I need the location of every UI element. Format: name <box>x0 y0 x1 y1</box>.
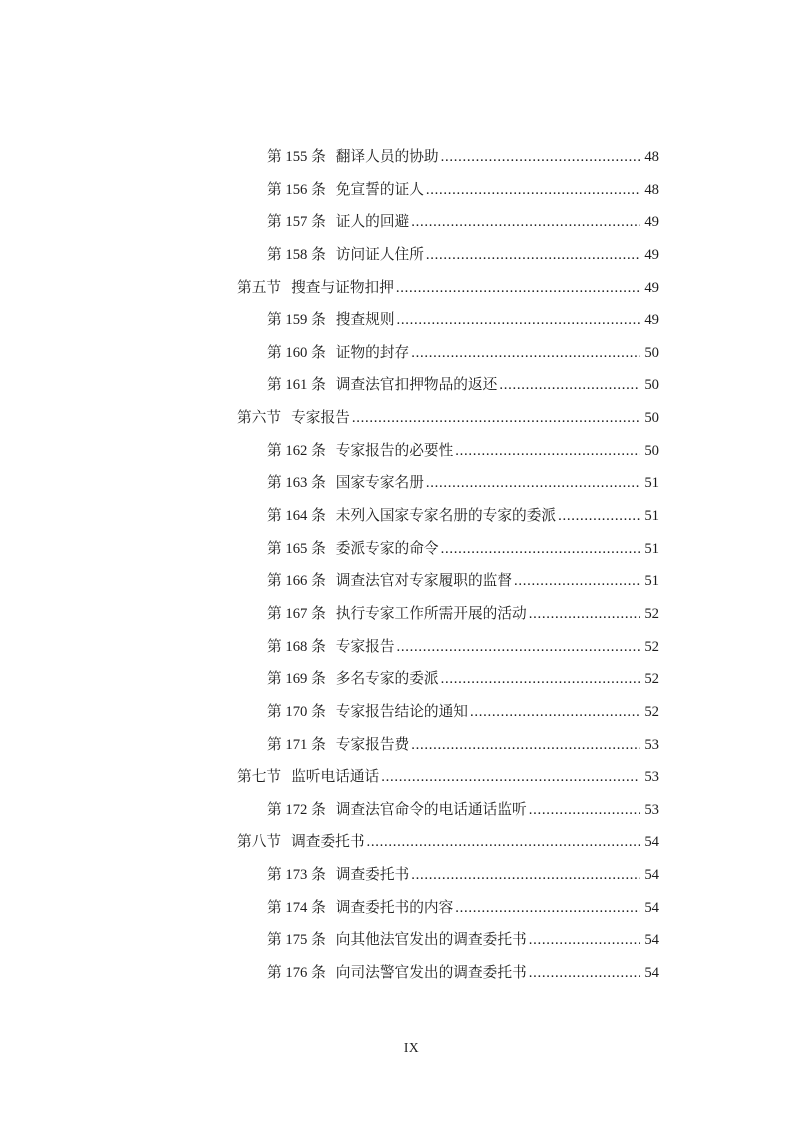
toc-entry: 第 158 条 访问证人住所 .........................… <box>237 245 659 278</box>
toc-entry-number: 第 157 条 <box>267 212 326 232</box>
toc-entry-title: 调查委托书 <box>336 865 409 885</box>
toc-entry-number: 第 169 条 <box>267 669 326 689</box>
toc-entry-page: 53 <box>643 800 659 820</box>
toc-entry-page: 54 <box>643 832 659 852</box>
toc-entry-page: 54 <box>643 963 659 983</box>
toc-entry-page: 53 <box>643 767 659 787</box>
dot-leader: ........................................… <box>411 735 640 755</box>
toc-entry: 第 160 条 证物的封存 ..........................… <box>237 343 659 376</box>
toc-entry: 第 172 条 调查法官命令的电话通话监听 ..................… <box>237 800 659 833</box>
dot-leader: ........................................… <box>411 212 640 232</box>
toc-entry-title: 调查委托书 <box>291 832 364 852</box>
toc-entry: 第 176 条 向司法警官发出的调查委托书 ..................… <box>237 963 659 996</box>
toc-entry-page: 53 <box>643 735 659 755</box>
toc-entry-number: 第 163 条 <box>267 473 326 493</box>
dot-leader: ........................................… <box>397 637 640 657</box>
dot-leader: ........................................… <box>411 343 640 363</box>
toc-entry: 第 175 条 向其他法官发出的调查委托书 ..................… <box>237 930 659 963</box>
toc-entry-title: 调查委托书的内容 <box>336 898 454 918</box>
toc-entry-page: 51 <box>643 506 659 526</box>
toc-entry-number: 第 156 条 <box>267 180 326 200</box>
toc-entry-title: 专家报告 <box>336 637 395 657</box>
toc-entry-page: 50 <box>643 343 659 363</box>
toc-entry-number: 第 170 条 <box>267 702 326 722</box>
toc-entry-page: 54 <box>643 930 659 950</box>
toc-entry-title: 专家报告 <box>291 408 350 428</box>
toc-entry-page: 50 <box>643 408 659 428</box>
toc-entry-title: 未列入国家专家名册的专家的委派 <box>336 506 556 526</box>
toc-entry-page: 54 <box>643 898 659 918</box>
toc-entry: 第 163 条 国家专家名册 .........................… <box>237 473 659 506</box>
dot-leader: ........................................… <box>426 180 640 200</box>
toc-entry-page: 50 <box>643 441 659 461</box>
dot-leader: ........................................… <box>455 898 640 918</box>
dot-leader: ........................................… <box>529 963 640 983</box>
toc-entry: 第七节 监听电话通话 .............................… <box>237 767 659 800</box>
dot-leader: ........................................… <box>381 767 640 787</box>
toc-entry: 第 162 条 专家报告的必要性 .......................… <box>237 441 659 474</box>
dot-leader: ........................................… <box>529 604 640 624</box>
toc-entry-number: 第 155 条 <box>267 147 326 167</box>
toc-entry-page: 52 <box>643 637 659 657</box>
toc-entry-number: 第 173 条 <box>267 865 326 885</box>
dot-leader: ........................................… <box>558 506 640 526</box>
toc-entry-title: 证物的封存 <box>336 343 409 363</box>
toc-entry-title: 向其他法官发出的调查委托书 <box>336 930 527 950</box>
toc-entry: 第 155 条 翻译人员的协助 ........................… <box>237 147 659 180</box>
toc-entry-title: 专家报告费 <box>336 735 409 755</box>
toc-entry: 第 168 条 专家报告 ...........................… <box>237 637 659 670</box>
dot-leader: ........................................… <box>441 669 640 689</box>
toc-entry: 第 170 条 专家报告结论的通知 ......................… <box>237 702 659 735</box>
toc-list: 第 155 条 翻译人员的协助 ........................… <box>237 147 659 996</box>
toc-entry-number: 第 158 条 <box>267 245 326 265</box>
document-page: 第 155 条 翻译人员的协助 ........................… <box>0 0 793 1122</box>
dot-leader: ........................................… <box>397 310 640 330</box>
toc-entry: 第 157 条 证人的回避 ..........................… <box>237 212 659 245</box>
toc-entry-title: 国家专家名册 <box>336 473 424 493</box>
toc-entry-number: 第 171 条 <box>267 735 326 755</box>
toc-entry-number: 第 166 条 <box>267 571 326 591</box>
toc-entry-page: 52 <box>643 702 659 722</box>
dot-leader: ........................................… <box>411 865 640 885</box>
toc-entry-number: 第 172 条 <box>267 800 326 820</box>
dot-leader: ........................................… <box>396 278 640 298</box>
toc-entry-number: 第八节 <box>237 832 281 852</box>
toc-entry-title: 委派专家的命令 <box>336 539 439 559</box>
toc-entry: 第 165 条 委派专家的命令 ........................… <box>237 539 659 572</box>
toc-entry-number: 第 174 条 <box>267 898 326 918</box>
toc-entry-number: 第六节 <box>237 408 281 428</box>
toc-entry-page: 49 <box>643 278 659 298</box>
toc-entry-number: 第 176 条 <box>267 963 326 983</box>
dot-leader: ........................................… <box>367 832 640 852</box>
toc-entry-title: 向司法警官发出的调查委托书 <box>336 963 527 983</box>
dot-leader: ........................................… <box>441 539 640 559</box>
toc-entry-number: 第 160 条 <box>267 343 326 363</box>
toc-entry: 第 161 条 调查法官扣押物品的返还 ....................… <box>237 375 659 408</box>
toc-entry-number: 第 168 条 <box>267 637 326 657</box>
toc-entry-title: 访问证人住所 <box>336 245 424 265</box>
toc-entry-number: 第 164 条 <box>267 506 326 526</box>
toc-entry-number: 第 165 条 <box>267 539 326 559</box>
toc-entry-page: 49 <box>643 245 659 265</box>
toc-entry: 第 173 条 调查委托书 ..........................… <box>237 865 659 898</box>
dot-leader: ........................................… <box>499 375 640 395</box>
dot-leader: ........................................… <box>441 147 640 167</box>
toc-entry-page: 52 <box>643 669 659 689</box>
toc-entry-title: 多名专家的委派 <box>336 669 439 689</box>
toc-entry: 第 156 条 免宣誓的证人 .........................… <box>237 180 659 213</box>
toc-entry-title: 执行专家工作所需开展的活动 <box>336 604 527 624</box>
toc-entry-page: 48 <box>643 180 659 200</box>
dot-leader: ........................................… <box>426 473 640 493</box>
toc-entry-page: 54 <box>643 865 659 885</box>
toc-entry-title: 免宣誓的证人 <box>336 180 424 200</box>
toc-entry-number: 第 159 条 <box>267 310 326 330</box>
toc-entry: 第 174 条 调查委托书的内容 .......................… <box>237 898 659 931</box>
toc-entry-page: 51 <box>643 539 659 559</box>
toc-entry: 第 171 条 专家报告费 ..........................… <box>237 735 659 768</box>
toc-entry-page: 50 <box>643 375 659 395</box>
toc-entry-title: 调查法官对专家履职的监督 <box>336 571 512 591</box>
toc-entry: 第 164 条 未列入国家专家名册的专家的委派 ................… <box>237 506 659 539</box>
toc-entry-title: 调查法官扣押物品的返还 <box>336 375 498 395</box>
toc-entry-page: 52 <box>643 604 659 624</box>
dot-leader: ........................................… <box>426 245 640 265</box>
dot-leader: ........................................… <box>470 702 640 722</box>
toc-entry-page: 49 <box>643 212 659 232</box>
toc-entry: 第五节 搜查与证物扣押 ............................… <box>237 278 659 311</box>
footer-page-number: IX <box>0 1040 793 1056</box>
toc-entry: 第 159 条 搜查规则 ...........................… <box>237 310 659 343</box>
toc-entry-number: 第 175 条 <box>267 930 326 950</box>
toc-entry-title: 翻译人员的协助 <box>336 147 439 167</box>
toc-entry-title: 证人的回避 <box>336 212 409 232</box>
dot-leader: ........................................… <box>352 408 640 428</box>
toc-entry-title: 专家报告的必要性 <box>336 441 454 461</box>
toc-entry-title: 搜查与证物扣押 <box>291 278 394 298</box>
toc-entry-number: 第 167 条 <box>267 604 326 624</box>
toc-entry-page: 51 <box>643 571 659 591</box>
toc-entry-title: 监听电话通话 <box>291 767 379 787</box>
toc-entry-number: 第 161 条 <box>267 375 326 395</box>
toc-entry-title: 专家报告结论的通知 <box>336 702 468 722</box>
dot-leader: ........................................… <box>529 800 640 820</box>
toc-entry-number: 第五节 <box>237 278 281 298</box>
toc-entry: 第六节 专家报告 ...............................… <box>237 408 659 441</box>
toc-entry: 第 166 条 调查法官对专家履职的监督 ...................… <box>237 571 659 604</box>
dot-leader: ........................................… <box>455 441 640 461</box>
toc-entry-page: 48 <box>643 147 659 167</box>
dot-leader: ........................................… <box>529 930 640 950</box>
dot-leader: ........................................… <box>514 571 640 591</box>
toc-entry-number: 第 162 条 <box>267 441 326 461</box>
toc-entry: 第 167 条 执行专家工作所需开展的活动 ..................… <box>237 604 659 637</box>
toc-entry: 第 169 条 多名专家的委派 ........................… <box>237 669 659 702</box>
toc-entry: 第八节 调查委托书 ..............................… <box>237 832 659 865</box>
toc-entry-page: 49 <box>643 310 659 330</box>
toc-entry-title: 搜查规则 <box>336 310 395 330</box>
toc-entry-page: 51 <box>643 473 659 493</box>
toc-entry-number: 第七节 <box>237 767 281 787</box>
toc-entry-title: 调查法官命令的电话通话监听 <box>336 800 527 820</box>
